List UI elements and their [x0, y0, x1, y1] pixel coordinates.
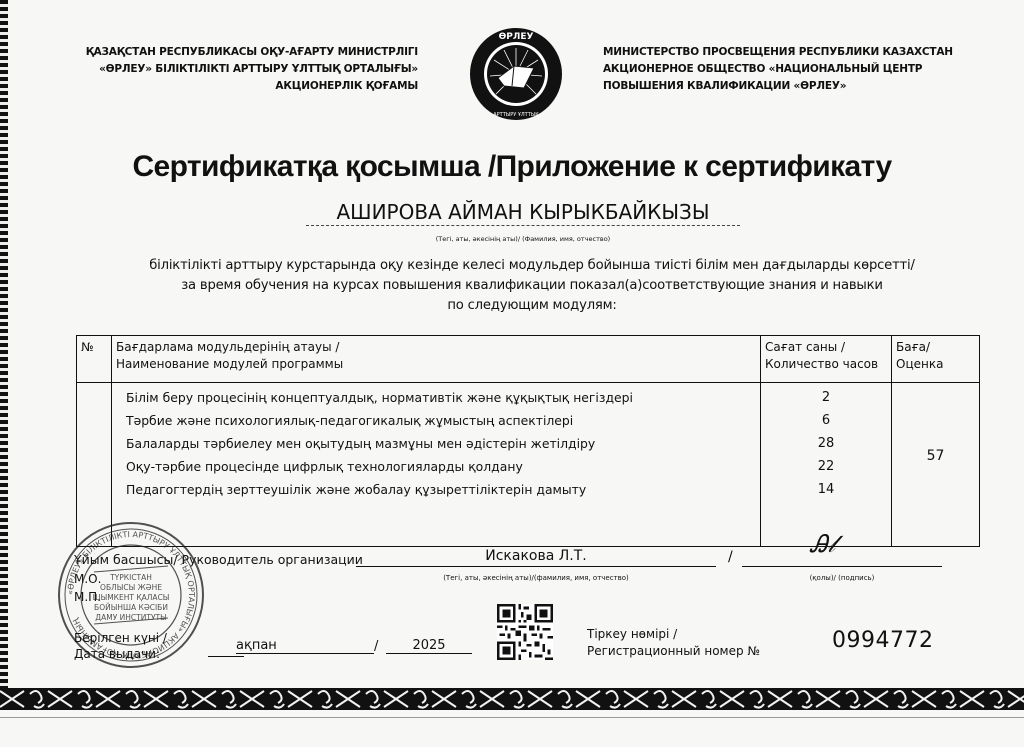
header-hours-kz: Сағат саны /: [765, 339, 887, 356]
hours-value: 22: [761, 455, 891, 478]
registration-label-ru: Регистрационный номер №: [587, 643, 760, 660]
head-name-caption: (Тегі, аты, әкесінің аты)/(фамилия, имя,…: [356, 574, 716, 582]
svg-text:ОБЛЫСЫ ЖӘНЕ: ОБЛЫСЫ ЖӘНЕ: [100, 583, 162, 592]
table-body-row: Білім беру процесінің концептуалдық, нор…: [77, 383, 980, 547]
page-edge-line: [0, 717, 1024, 718]
document-title: Сертификатқа қосымша /Приложение к серти…: [40, 150, 984, 184]
header-hours: Сағат саны / Количество часов: [761, 336, 892, 383]
svg-text:ТҮРКІСТАН: ТҮРКІСТАН: [109, 573, 152, 582]
header-kz-line-3: АКЦИОНЕРЛІК ҚОҒАМЫ: [60, 78, 418, 95]
issue-date-label-ru: Дата выдачи:: [74, 646, 167, 662]
modules-table: № Бағдарлама модульдерінің атауы / Наиме…: [76, 335, 980, 547]
svg-text:ДАМУ ИНСТИТУТЫ: ДАМУ ИНСТИТУТЫ: [95, 613, 166, 622]
table-row: Педагогтердің зерттеушілік және жобалау …: [126, 478, 760, 501]
header-module-kz: Бағдарлама модульдерінің атауы /: [116, 339, 756, 356]
header-number: №: [77, 336, 112, 383]
hours-value: 28: [761, 432, 891, 455]
table-row: Білім беру процесінің концептуалдық, нор…: [126, 386, 760, 409]
intro-line-kz: біліктілікті арттыру курстарында оқу кез…: [100, 256, 964, 276]
header-kz-line-2: «ӨРЛЕУ» БІЛІКТІЛІКТІ АРТТЫРУ ҰЛТТЫҚ ОРТА…: [60, 61, 418, 78]
intro-line-ru: за время обучения на курсах повышения кв…: [100, 276, 964, 296]
table-row: Тәрбие және психологиялық-педагогикалық …: [126, 409, 760, 432]
handwritten-signature: Ꭿ𝓁: [810, 530, 835, 558]
issue-date-label: Берілген күні / Дата выдачи:: [74, 630, 167, 662]
svg-text:ШЫМКЕНТ ҚАЛАСЫ: ШЫМКЕНТ ҚАЛАСЫ: [93, 593, 170, 602]
ornament-border-left: [0, 0, 8, 690]
grade-cell: 57: [892, 383, 980, 547]
header-hours-ru: Количество часов: [765, 356, 887, 373]
header-ru-line-1: МИНИСТЕРСТВО ПРОСВЕЩЕНИЯ РЕСПУБЛИКИ КАЗА…: [603, 44, 983, 61]
date-separator: /: [374, 639, 378, 654]
registration-label-kz: Тіркеу нөмірі /: [587, 626, 760, 643]
registration-number: 0994772: [832, 628, 933, 653]
header-grade: Баға/ Оценка: [892, 336, 980, 383]
intro-text: біліктілікті арттыру курстарында оқу кез…: [100, 256, 964, 316]
svg-text:ӨРЛЕУ: ӨРЛЕУ: [499, 32, 534, 42]
header-kz-line-1: ҚАЗАҚСТАН РЕСПУБЛИКАСЫ ОҚУ-АҒАРТУ МИНИСТ…: [60, 44, 418, 61]
intro-line-ru-2: по следующим модулям:: [100, 296, 964, 316]
issue-date-label-kz: Берілген күні /: [74, 630, 167, 646]
signature-caption: (қолы)/ (подпись): [742, 574, 942, 582]
module-list-cell: Білім беру процесінің концептуалдық, нор…: [112, 383, 761, 547]
header-kazakh: ҚАЗАҚСТАН РЕСПУБЛИКАСЫ ОҚУ-АҒАРТУ МИНИСТ…: [60, 44, 418, 95]
header-module: Бағдарлама модульдерінің атауы / Наимено…: [112, 336, 761, 383]
qr-code-icon: [497, 604, 553, 660]
header-grade-kz: Баға/: [896, 339, 975, 356]
signature-line: [742, 566, 942, 567]
table-header-row: № Бағдарлама модульдерінің атауы / Наиме…: [77, 336, 980, 383]
hours-value: 2: [761, 386, 891, 409]
hours-value: 6: [761, 409, 891, 432]
header-russian: МИНИСТЕРСТВО ПРОСВЕЩЕНИЯ РЕСПУБЛИКИ КАЗА…: [603, 44, 983, 95]
header-ru-line-2: АКЦИОНЕРНОЕ ОБЩЕСТВО «НАЦИОНАЛЬНЫЙ ЦЕНТР: [603, 61, 983, 78]
ornament-border-bottom: [0, 688, 1024, 710]
header-ru-line-3: ПОВЫШЕНИЯ КВАЛИФИКАЦИИ «ӨРЛЕУ»: [603, 78, 983, 95]
hours-cell: 2 6 28 22 14: [761, 383, 892, 547]
table-row: Оқу-тәрбие процесінде цифрлық технология…: [126, 455, 760, 478]
separator-slash: /: [728, 549, 733, 565]
svg-text:БОЙЫНША КӘСІБИ: БОЙЫНША КӘСІБИ: [94, 603, 168, 612]
issue-month: ақпан: [236, 638, 374, 654]
recipient-name: АШИРОВА АЙМАН КЫРЫКБАЙКЫЗЫ: [306, 200, 740, 226]
head-name: Искакова Л.Т.: [356, 548, 716, 567]
registration-label: Тіркеу нөмірі / Регистрационный номер №: [587, 626, 760, 660]
svg-text:АРТТЫРУ ҰЛТТЫҚ: АРТТЫРУ ҰЛТТЫҚ: [493, 112, 539, 118]
orleu-emblem-icon: ӨРЛЕУ АРТТЫРУ ҰЛТТЫҚ: [468, 26, 564, 122]
hours-value: 14: [761, 478, 891, 501]
header-grade-ru: Оценка: [896, 356, 975, 373]
issue-year: 2025: [386, 638, 472, 654]
table-row: Балаларды тәрбиелеу мен оқытудың мазмұны…: [126, 432, 760, 455]
header-module-ru: Наименование модулей программы: [116, 356, 756, 373]
recipient-name-caption: (Тегі, аты, әкесінің аты)/ (Фамилия, имя…: [306, 235, 740, 243]
